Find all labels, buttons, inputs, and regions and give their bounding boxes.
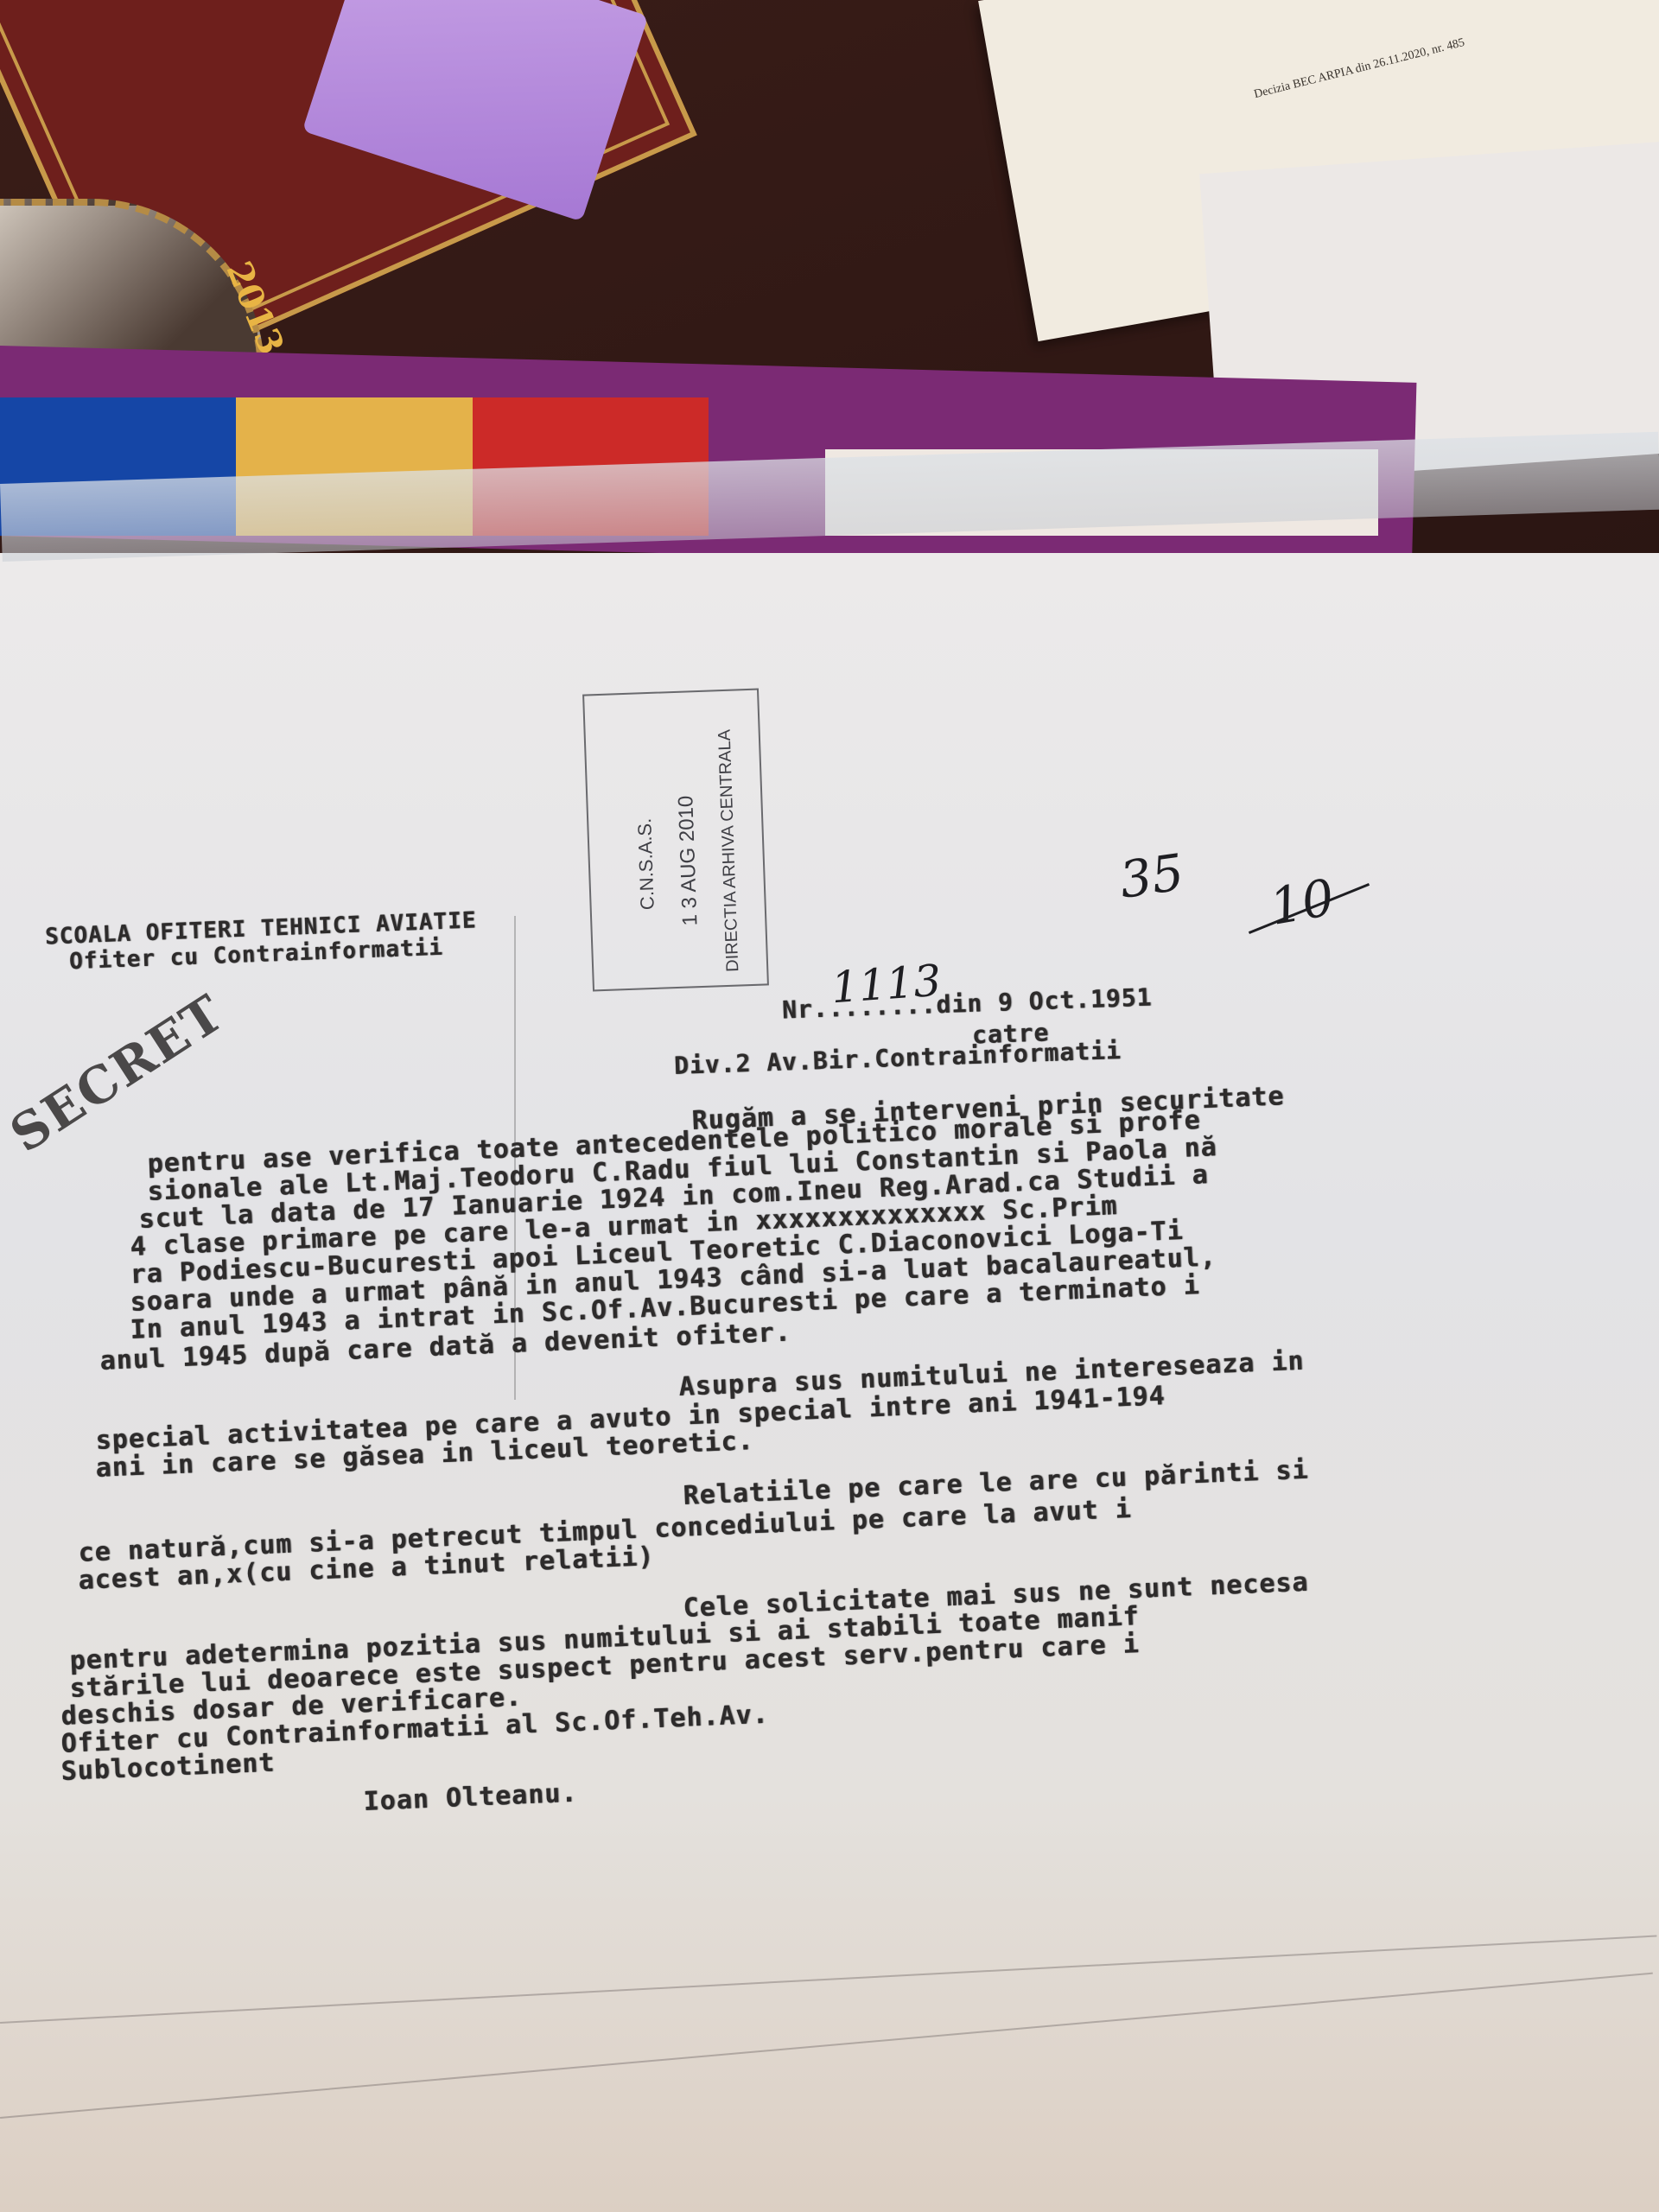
fold-line [0,1935,1656,2024]
document-page: SCOALA OFITERI TEHNICI AVIATIE Ofiter cu… [0,553,1659,2212]
fold-line [0,1973,1653,2119]
handwritten-page-number: 35 [1116,842,1188,910]
archival-document: SCOALA OFITERI TEHNICI AVIATIE Ofiter cu… [0,553,1659,2212]
archive-stamp-directorate: DIRECTIA ARHIVA CENTRALA [715,729,744,972]
archive-stamp-org: C.N.S.A.S. [633,817,659,910]
archive-stamp-date: 1 3 AUG 2010 [674,795,702,926]
recipient: Div.2 Av.Bir.Contrainformatii [674,1036,1122,1080]
secret-stamp: SECRET [0,983,235,1164]
handwritten-registration-number: 1113 [829,956,943,1014]
letter-line: Ioan Olteanu. [363,1778,578,1817]
archive-stamp: C.N.S.A.S. 1 3 AUG 2010 DIRECTIA ARHIVA … [582,689,769,992]
